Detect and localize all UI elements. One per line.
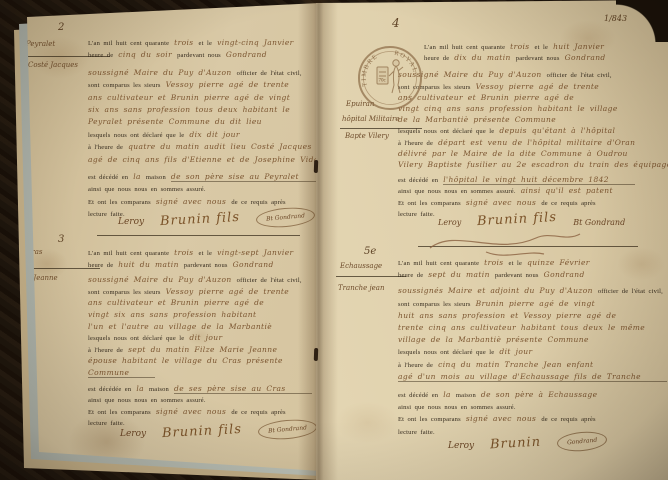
- act-5e-line: Et ont les comparanssigné avec nousde ce…: [398, 412, 601, 425]
- printed-text: Et ont les comparans: [398, 200, 461, 207]
- handwritten-text: départ est venu de l'hôpital militaire d…: [438, 138, 635, 147]
- handwritten-text: ans cultivateur et Brunin pierre agé de: [398, 93, 574, 102]
- handwritten-text: trois: [510, 42, 529, 51]
- printed-text: est décédée en: [88, 386, 131, 393]
- printed-text: ainsi que nous nous en sommes assuré.: [398, 188, 516, 195]
- handwritten-text: vingt-cinq Janvier: [217, 38, 294, 47]
- binding-stitch: [314, 348, 318, 361]
- handwritten-text: Vessoy pierre agé de trente: [476, 82, 599, 91]
- act-3-line: Commune: [88, 366, 160, 378]
- handwritten-text: de ses père sise au Cras: [174, 384, 312, 394]
- handwritten-text: depuis qu'étant à l'hôpital: [499, 126, 615, 135]
- act-4-line: vingt cinq ans sans profession habitant …: [398, 102, 623, 114]
- act-3-line: heure dehuit du matinpardevant nousGondr…: [88, 258, 279, 271]
- act-4-line: délivré par le Maire de la dite Commune …: [398, 147, 633, 159]
- act-2-line: à l'heure dequatre du matin audit lieu C…: [88, 140, 317, 153]
- act-2-line: ainsi que nous nous en sommes assuré.: [88, 182, 211, 195]
- printed-text: est décédé en: [88, 174, 128, 181]
- stamp-figure-icon: [377, 60, 403, 93]
- handwritten-text: signé avec nous: [156, 407, 226, 416]
- handwritten-text: Commune: [88, 368, 155, 378]
- act-2-line: soussigné Maire du Puy d'Auzonofficier d…: [88, 66, 307, 79]
- signature-flourish-swash: [426, 226, 586, 260]
- printed-text: lecture faite.: [398, 211, 435, 218]
- handwritten-text: la: [133, 172, 141, 181]
- printed-text: L'an mil huit cent quarante: [88, 250, 169, 257]
- signature-row: LeroyBrunin filsBt Gondrand: [438, 212, 625, 227]
- act-5e-line: village de la Marbantiè présente Commune: [398, 333, 594, 345]
- printed-text: sont comparus les sieurs: [398, 301, 471, 308]
- act-2-line: ans cultivateur et Brunin pierre agé de …: [88, 91, 295, 103]
- printed-text: Et ont les comparans: [88, 199, 151, 206]
- handwritten-text: trois: [174, 38, 193, 47]
- act-5e-line: lecture faite.: [398, 425, 440, 438]
- printed-text: pardevant nous: [177, 52, 221, 59]
- printed-text: officier de l'état civil,: [547, 72, 612, 79]
- printed-text: de ce requis après: [231, 409, 285, 416]
- handwritten-text: l'un et l'autre au village de la Marbant…: [88, 322, 272, 331]
- handwritten-text: de son père à Echaussage: [481, 390, 598, 399]
- printed-text: officier de l'état civil,: [237, 277, 302, 284]
- handwritten-text: Gondrand: [233, 260, 274, 269]
- handwritten-text: Peyralet présente Commune du dit lieu: [88, 117, 262, 126]
- act-4-line: heure dedix du matinpardevant nousGondra…: [424, 51, 611, 64]
- margin-note: Costé Jacques: [28, 61, 78, 69]
- printed-text: de ce requis après: [231, 199, 285, 206]
- act-3-line: épouse habitant le village du Cras prése…: [88, 354, 288, 366]
- folio-number: 1/843: [604, 14, 627, 23]
- binding-stitch: [314, 160, 318, 173]
- stamp-value: 70c: [379, 79, 387, 84]
- handwritten-text: dit jour: [189, 333, 222, 342]
- handwritten-text: ans cultivateur et Brunin pierre agé de: [88, 298, 264, 307]
- act-3-line: vingt six ans sans profession habitant: [88, 308, 261, 320]
- act-2-line: Peyralet présente Commune du dit lieu: [88, 115, 267, 127]
- act-5e-line: lesquels nous ont déclaré que ledit jour: [398, 345, 537, 358]
- handwritten-text: Gondrand: [565, 53, 606, 62]
- handwritten-text: vingt cinq ans sans profession habitant …: [398, 104, 618, 113]
- printed-text: lesquels nous ont déclaré que le: [88, 132, 184, 139]
- handwritten-text: la: [443, 390, 451, 399]
- handwritten-text: sept du matin: [428, 270, 490, 279]
- signature: Leroy: [448, 441, 474, 451]
- printed-text: sont comparus les sieurs: [88, 289, 161, 296]
- printed-text: maison: [456, 392, 476, 399]
- handwritten-text: cinq du soir: [118, 50, 172, 59]
- printed-text: est décédé en: [398, 177, 438, 184]
- signature-row: LeroyBruninGondrand: [448, 432, 607, 451]
- act-5e-line: sont comparus les sieursBrunin pierre ag…: [398, 297, 600, 310]
- signature: Gondrand: [556, 430, 608, 453]
- handwritten-text: agé de cinq ans fils d'Etienne et de Jos…: [88, 155, 321, 164]
- act-2-line: six ans sans profession tous deux habita…: [88, 103, 295, 115]
- book-scan: 2PeyraletCosté JacquesL'an mil huit cent…: [0, 0, 668, 480]
- handwritten-text: délivré par le Maire de la dite Commune …: [398, 149, 628, 158]
- printed-text: à l'heure de: [88, 144, 123, 151]
- handwritten-text: sept du matin Filze Marie Jeanne: [128, 345, 277, 354]
- printed-text: pardevant nous: [516, 55, 560, 62]
- signature: Brunin fils: [162, 422, 243, 441]
- handwritten-text: agé d'un mois au village d'Echaussage fi…: [398, 372, 667, 382]
- act-5e-line: huit ans sans profession et Vessoy pierr…: [398, 309, 621, 321]
- printed-text: heure de: [88, 52, 113, 59]
- printed-text: L'an mil huit cent quarante: [398, 260, 479, 267]
- handwritten-text: vingt-sept Janvier: [217, 248, 293, 257]
- signature-row: LeroyBrunin filsBt Gondrand: [120, 420, 317, 439]
- handwritten-text: soussignés Maire et adjoint du Puy d'Auz…: [398, 286, 593, 295]
- handwritten-text: soussigné Maire du Puy d'Auzon: [88, 275, 232, 284]
- handwritten-text: six ans sans profession tous deux habita…: [88, 105, 290, 114]
- act-2-line: L'an mil huit cent quarantetroiset levin…: [88, 36, 299, 49]
- handwritten-text: dit jour: [499, 347, 532, 356]
- act-4-line: lecture faite.: [398, 207, 440, 220]
- margin-note: 3: [58, 234, 64, 245]
- handwritten-text: huit Janvier: [553, 42, 604, 51]
- act-2-line: heure decinq du soirpardevant nousGondra…: [88, 48, 272, 61]
- margin-note: Tranche jean: [338, 284, 385, 292]
- signature: Brunin fils: [160, 210, 241, 229]
- act-4-line: ans cultivateur et Brunin pierre agé de: [398, 91, 579, 103]
- printed-text: lesquels nous ont déclaré que le: [398, 349, 494, 356]
- handwritten-text: trente cinq ans cultivateur habitant tou…: [398, 323, 645, 332]
- printed-text: lesquels nous ont déclaré que le: [398, 128, 494, 135]
- margin-rule: [336, 276, 406, 277]
- margin-note: Bapte Vilery: [345, 132, 389, 140]
- printed-text: heure de: [88, 262, 113, 269]
- margin-note: Echaussage: [340, 262, 382, 270]
- act-5e-line: trente cinq ans cultivateur habitant tou…: [398, 321, 650, 333]
- margin-note: hôpital Militaire: [342, 115, 400, 123]
- handwritten-text: cinq du matin Tranche Jean enfant: [438, 360, 593, 369]
- printed-text: et le: [509, 260, 523, 267]
- act-5e-line: heure desept du matinpardevant nousGondr…: [398, 268, 590, 281]
- printed-text: maison: [146, 174, 166, 181]
- signature: Brunin: [490, 435, 542, 453]
- signature: Leroy: [118, 217, 144, 227]
- printed-text: Et ont les comparans: [398, 416, 461, 423]
- signature-row: LeroyBrunin filsBt Gondrand: [118, 208, 315, 227]
- handwritten-text: dix du matin: [454, 53, 510, 62]
- handwritten-text: quatre du matin audit lieu Costé Jacques: [128, 142, 312, 151]
- handwritten-text: Vessoy pierre agé de trente: [166, 80, 289, 89]
- act-2-line: est décédé enlamaisonde son père sise au…: [88, 170, 330, 183]
- handwritten-text: signé avec nous: [466, 198, 536, 207]
- printed-text: ainsi que nous nous en sommes assuré.: [88, 186, 206, 193]
- book-gutter: [298, 0, 338, 480]
- printed-text: à l'heure de: [88, 347, 123, 354]
- handwritten-text: signé avec nous: [156, 197, 226, 206]
- handwritten-text: de la Marbantiè présente Commune: [398, 115, 556, 124]
- printed-text: Et ont les comparans: [88, 409, 151, 416]
- printed-text: pardevant nous: [184, 262, 228, 269]
- printed-text: heure de: [424, 55, 449, 62]
- act-5e-line: est décédé enlamaisonde son père à Echau…: [398, 388, 602, 401]
- printed-text: à l'heure de: [398, 362, 433, 369]
- timbre-royal-stamp: TIMBRE ROYAL 70c: [356, 44, 424, 112]
- printed-text: lesquels nous ont déclaré que le: [88, 335, 184, 342]
- printed-text: ainsi que nous nous en sommes assuré.: [398, 404, 516, 411]
- printed-text: heure de: [398, 272, 423, 279]
- printed-text: officier de l'état civil,: [598, 288, 663, 295]
- handwritten-text: dix dit jour: [189, 130, 239, 139]
- handwritten-text: Gondrand: [544, 270, 585, 279]
- handwritten-text: Vilery Baptiste fusilier au 2e escadron …: [398, 160, 668, 169]
- margin-note: 4: [392, 16, 400, 30]
- printed-text: et le: [535, 44, 549, 51]
- printed-text: de ce requis après: [541, 416, 595, 423]
- printed-text: L'an mil huit cent quarante: [424, 44, 505, 51]
- act-5e-line: soussignés Maire et adjoint du Puy d'Auz…: [398, 284, 668, 297]
- act-2-line: lesquels nous ont déclaré que ledix dit …: [88, 128, 245, 141]
- printed-text: et le: [199, 250, 213, 257]
- signature: Leroy: [120, 429, 146, 439]
- printed-text: ainsi que nous nous en sommes assuré.: [88, 397, 206, 404]
- handwritten-text: huit du matin: [118, 260, 179, 269]
- act-3-line: ans cultivateur et Brunin pierre agé de: [88, 296, 269, 308]
- act-2-line: sont comparus les sieursVessoy pierre ag…: [88, 78, 294, 91]
- printed-text: de ce requis après: [541, 200, 595, 207]
- printed-text: et le: [199, 40, 213, 47]
- act-2-line: Et ont les comparanssigné avec nousde ce…: [88, 195, 291, 208]
- printed-text: lecture faite.: [398, 429, 435, 436]
- handwritten-text: trois: [174, 248, 193, 257]
- printed-text: sont comparus les sieurs: [88, 82, 161, 89]
- margin-note: Peyralet: [26, 40, 55, 48]
- printed-text: pardevant nous: [495, 272, 539, 279]
- handwritten-text: soussigné Maire du Puy d'Auzon: [88, 68, 232, 77]
- printed-text: L'an mil huit cent quarante: [88, 40, 169, 47]
- margin-note: 5e: [364, 246, 376, 257]
- handwritten-text: vingt six ans sans profession habitant: [88, 310, 256, 319]
- printed-text: maison: [149, 386, 169, 393]
- act-5e-line: agé d'un mois au village d'Echaussage fi…: [398, 370, 668, 382]
- act-2-line: agé de cinq ans fils d'Etienne et de Jos…: [88, 153, 326, 165]
- handwritten-text: Gondrand: [226, 50, 267, 59]
- margin-note: 2: [58, 22, 64, 33]
- handwritten-text: épouse habitant le village du Cras prése…: [88, 356, 283, 365]
- act-5e-line: à l'heure decinq du matin Tranche Jean e…: [398, 358, 598, 371]
- act-4-line: de la Marbantiè présente Commune: [398, 113, 561, 125]
- handwritten-text: signé avec nous: [466, 414, 536, 423]
- printed-text: est décédé en: [398, 392, 438, 399]
- handwritten-text: Vessoy pierre agé de trente: [166, 287, 289, 296]
- act-3-line: l'un et l'autre au village de la Marbant…: [88, 320, 277, 332]
- printed-text: officier de l'état civil,: [237, 70, 302, 77]
- handwritten-text: village de la Marbantiè présente Commune: [398, 335, 589, 344]
- handwritten-text: huit ans sans profession et Vessoy pierr…: [398, 311, 616, 320]
- printed-text: à l'heure de: [398, 140, 433, 147]
- handwritten-text: Brunin pierre agé de vingt: [476, 299, 595, 308]
- act-5e-line: ainsi que nous nous en sommes assuré.: [398, 400, 521, 413]
- handwritten-text: ans cultivateur et Brunin pierre agé de …: [88, 93, 290, 102]
- handwritten-text: la: [136, 384, 144, 393]
- handwritten-text: ainsi qu'il est patent: [521, 186, 613, 195]
- act-separator-rule: [97, 235, 300, 236]
- act-4-line: Vilery Baptiste fusilier au 2e escadron …: [398, 158, 668, 170]
